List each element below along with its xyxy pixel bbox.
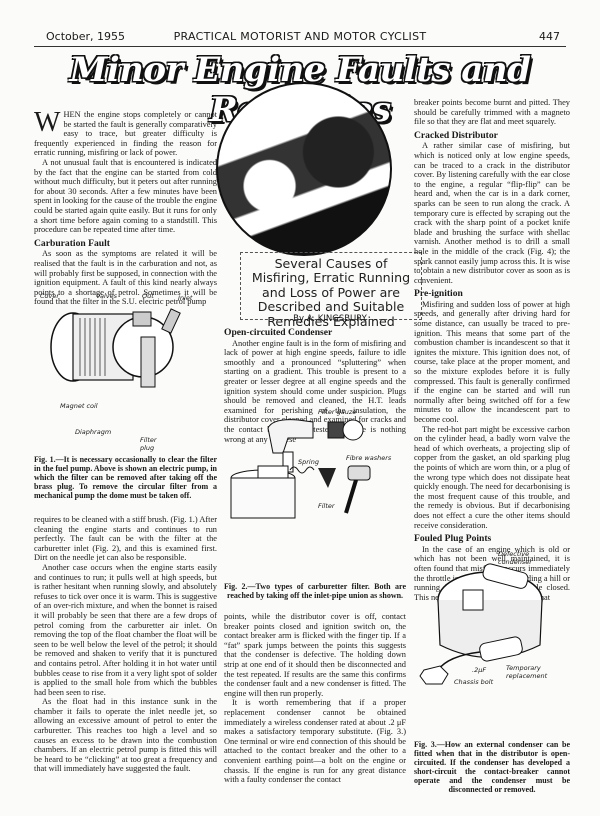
column-1: WHEN the engine stops completely or cann… xyxy=(34,110,217,307)
label-spring: Spring xyxy=(298,458,319,466)
article-subtitle: Several Causes of Misfiring, Erratic Run… xyxy=(240,252,422,320)
fig1-caption: Fig. 1.—It is necessary occasionally to … xyxy=(34,455,217,500)
paragraph: It is worth remembering that if a proper… xyxy=(224,698,406,784)
label-fibre-washers: Fibre washers xyxy=(346,454,391,462)
label-valves: Valves xyxy=(96,292,117,300)
paragraph: breaker points become burnt and pitted. … xyxy=(414,98,570,127)
mechanics-illustration xyxy=(216,82,392,256)
running-header: October, 1955 PRACTICAL MOTORIST AND MOT… xyxy=(34,30,566,47)
section-heading-plug: Fouled Plug Points xyxy=(414,534,570,544)
fig2-caption: Fig. 2.—Two types of carburetter filter.… xyxy=(224,582,406,600)
section-heading-carburation: Carburation Fault xyxy=(34,239,217,249)
byline-text: By A. KINGSBURY xyxy=(293,314,367,324)
label-diaphragm: Diaphragm xyxy=(75,428,111,436)
paragraph: Misfiring and sudden loss of power at hi… xyxy=(414,300,570,425)
fig3-caption: Fig. 3.—How an external condenser can be… xyxy=(414,740,570,794)
paragraph: requires to be cleaned with a stiff brus… xyxy=(34,515,217,563)
section-heading-distributor: Cracked Distributor xyxy=(414,131,570,141)
paragraph: A not unusual fault that is encountered … xyxy=(34,158,217,235)
paragraph: A rather similar case of misfiring, but … xyxy=(414,141,570,285)
label-capacitance: .2μF xyxy=(472,666,486,674)
label-out: Out xyxy=(142,292,154,300)
label-cover: Cover xyxy=(40,292,59,300)
fig1-fuel-pump-illustration: Cover Valves Out Inlet xyxy=(38,292,213,400)
drop-cap: W xyxy=(34,111,60,135)
label-filter-gauze: Filter gauze xyxy=(318,408,356,416)
column-1-continued: requires to be cleaned with a stiff brus… xyxy=(34,515,217,774)
label-inlet: Inlet xyxy=(178,294,192,302)
section-heading-condenser: Open-circuited Condenser xyxy=(224,328,406,338)
label-filter-plug: Filter plug xyxy=(140,436,164,452)
label-filter: Filter xyxy=(318,502,335,510)
fig2-carburetter-filter-illustration: Filter gauze Fibre washers Spring Filter xyxy=(228,408,408,520)
paragraph: Another case occurs when the engine star… xyxy=(34,563,217,697)
label-magnet-coil: Magnet coil xyxy=(60,402,98,410)
label-defective-condenser: Defective condenser xyxy=(498,550,558,566)
byline: By A. KINGSBURY xyxy=(240,314,420,324)
section-heading-preignition: Pre-ignition xyxy=(414,289,570,299)
page-number: 447 xyxy=(539,30,560,43)
fuel-pump-icon xyxy=(38,292,213,400)
paragraph: As the float had in this instance sunk i… xyxy=(34,697,217,774)
label-temporary-replacement: Temporary replacement xyxy=(506,664,556,680)
paragraph: points, while the distributor cover is o… xyxy=(224,612,406,698)
column-2-continued: points, while the distributor cover is o… xyxy=(224,612,406,785)
label-chassis-bolt: Chassis bolt xyxy=(454,678,493,686)
magazine-title: PRACTICAL MOTORIST AND MOTOR CYCLIST xyxy=(34,30,566,43)
intro-paragraph: WHEN the engine stops completely or cann… xyxy=(34,110,217,158)
fig3-distributor-illustration: Defective condenser .2μF Temporary repla… xyxy=(418,560,558,688)
column-3: breaker points become burnt and pitted. … xyxy=(414,98,570,602)
paragraph: The red-hot part might be excessive carb… xyxy=(414,425,570,531)
